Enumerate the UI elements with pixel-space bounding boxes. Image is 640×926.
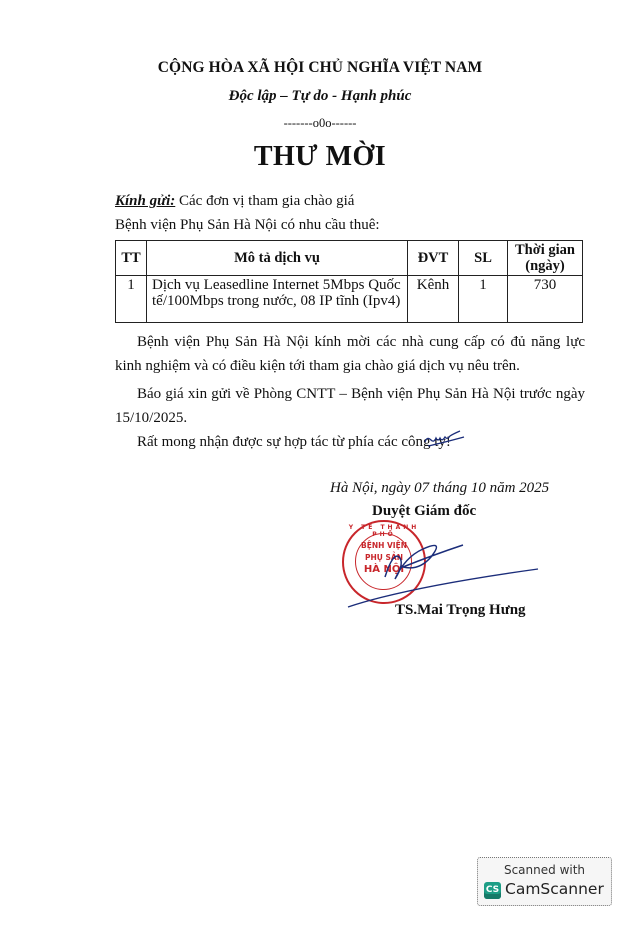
camscanner-badge: Scanned with CS CamScanner <box>477 857 612 906</box>
cell-description: Dịch vụ Leasedline Internet 5Mbps Quốc t… <box>147 276 408 323</box>
cell-duration: 730 <box>508 276 583 323</box>
recipient-label: Kính gửi: <box>115 193 175 209</box>
header-unit: ĐVT <box>408 241 459 276</box>
national-title: CỘNG HÒA XÃ HỘI CHỦ NGHĨA VIỆT NAM <box>0 59 640 77</box>
intro-text: Bệnh viện Phụ Sản Hà Nội có nhu cầu thuê… <box>115 217 380 234</box>
invite-paragraph: Bệnh viện Phụ Sản Hà Nội kính mời các nh… <box>115 330 585 378</box>
table-row: 1 Dịch vụ Leasedline Internet 5Mbps Quốc… <box>116 276 583 323</box>
service-table: TT Mô tả dịch vụ ĐVT SL Thời gian (ngày)… <box>115 240 583 323</box>
recipient-value: Các đơn vị tham gia chào giá <box>175 193 354 209</box>
header-duration: Thời gian (ngày) <box>508 241 583 276</box>
cell-unit: Kênh <box>408 276 459 323</box>
initials-signature-icon <box>422 428 472 450</box>
badge-brand: CamScanner <box>505 880 604 898</box>
badge-caption: Scanned with <box>478 863 611 877</box>
closing-paragraph: Rất mong nhận được sự hợp tác từ phía cá… <box>115 430 585 454</box>
recipient-line: Kính gửi: Các đơn vị tham gia chào giá <box>115 193 354 210</box>
header-description: Mô tả dịch vụ <box>147 241 408 276</box>
signer-name: TS.Mai Trọng Hưng <box>395 602 526 619</box>
director-signature-icon <box>340 515 540 615</box>
table-header-row: TT Mô tả dịch vụ ĐVT SL Thời gian (ngày) <box>116 241 583 276</box>
header-quantity: SL <box>459 241 508 276</box>
place-date: Hà Nội, ngày 07 tháng 10 năm 2025 <box>330 480 549 497</box>
camscanner-logo-icon: CS <box>484 882 501 899</box>
motto: Độc lập – Tự do - Hạnh phúc <box>0 88 640 105</box>
separator: -------o0o------ <box>0 116 640 131</box>
cell-tt: 1 <box>116 276 147 323</box>
deadline-paragraph: Báo giá xin gửi về Phòng CNTT – Bệnh việ… <box>115 382 585 430</box>
header-tt: TT <box>116 241 147 276</box>
cell-quantity: 1 <box>459 276 508 323</box>
document-title: THƯ MỜI <box>0 141 640 173</box>
